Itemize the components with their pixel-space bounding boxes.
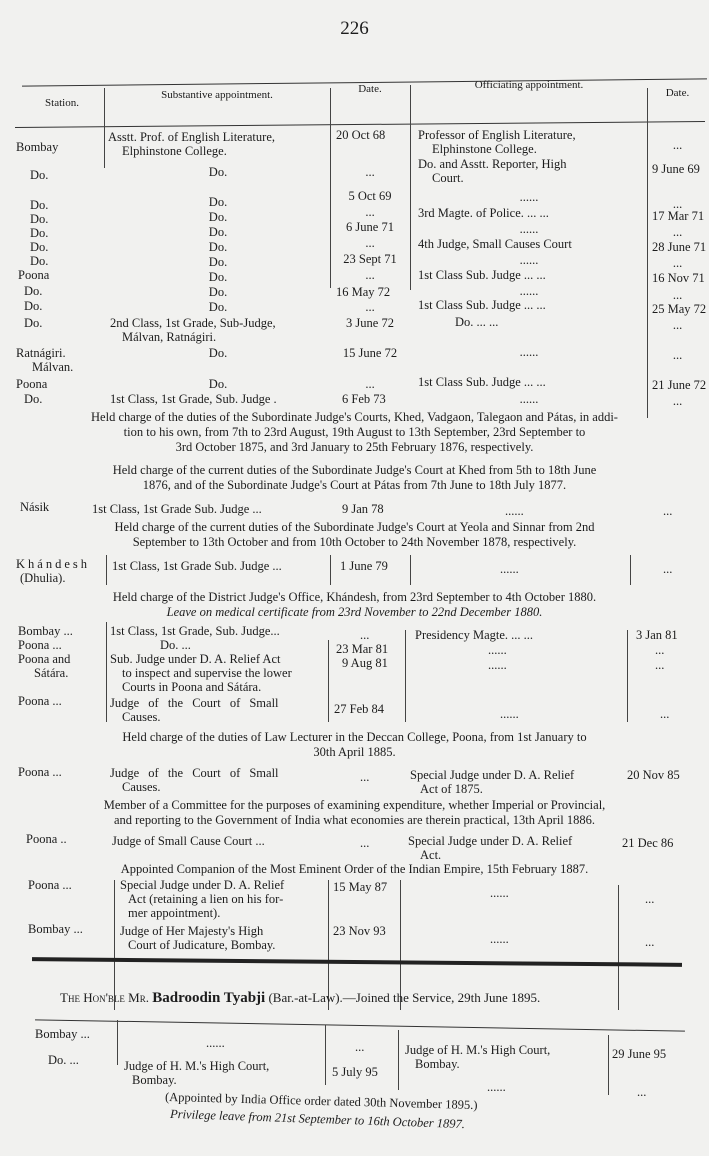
substantive: Do. (108, 240, 328, 254)
substantive: Do. (108, 210, 328, 224)
header-officiating: Officiating appointment. (412, 78, 646, 92)
note-medical-leave: Leave on medical certificate from 23rd N… (0, 605, 709, 620)
note-law-lecturer: 30th April 1885. (0, 745, 709, 760)
station: Násik (20, 500, 49, 514)
station: Khándesh (16, 557, 90, 571)
officiating: ...... (505, 504, 524, 518)
station: Bombay ... (35, 1027, 90, 1041)
substantive: 1st Class, 1st Grade Sub. Judge ... (112, 559, 282, 573)
note-committee: Member of a Committee for the purposes o… (0, 798, 709, 813)
date: ... (332, 268, 408, 282)
date: ... (332, 300, 408, 314)
tyabji-heading: The Hon'ble Mr. Badroodin Tyabji (Bar.-a… (60, 990, 540, 1007)
col-divider (398, 1030, 399, 1090)
date: 9 Aug 81 (342, 656, 388, 670)
date: 6 June 71 (332, 220, 408, 234)
date: ... (360, 770, 369, 784)
odate: 29 June 95 (612, 1047, 666, 1061)
substantive: Causes. (122, 780, 161, 794)
station: (Dhulia). (20, 571, 65, 585)
odate: ... (655, 643, 664, 657)
col-divider (608, 1035, 609, 1095)
col-divider (330, 88, 331, 288)
substantive: 2nd Class, 1st Grade, Sub-Judge, (110, 316, 276, 330)
officiating: 1st Class Sub. Judge ... ... (418, 375, 546, 389)
station: Do. (24, 299, 42, 313)
date: ... (332, 236, 408, 250)
station: Do. (30, 240, 48, 254)
officiating: Presidency Magte. ... ... (415, 628, 533, 642)
officiating: ...... (412, 392, 646, 406)
station: Poona ... (28, 878, 72, 892)
substantive: 1st Class, 1st Grade, Sub. Judge . (110, 392, 277, 406)
substantive: Judge of Small Cause Court ... (112, 834, 265, 848)
station: Do. (24, 284, 42, 298)
note-yeola-sinnar: September to 13th October and from 10th … (0, 535, 709, 550)
station: Poona ... (18, 694, 62, 708)
substantive: ...... (206, 1036, 225, 1050)
date: 15 May 87 (333, 880, 387, 894)
substantive: Do. (108, 377, 328, 391)
date: 27 Feb 84 (334, 702, 384, 716)
date: 16 May 72 (336, 285, 390, 299)
col-divider (405, 630, 406, 722)
substantive: Judge of the Court of Small (110, 696, 279, 710)
note-indian-empire: Appointed Companion of the Most Eminent … (0, 862, 709, 877)
odate: 3 Jan 81 (636, 628, 678, 642)
note-yeola-sinnar: Held charge of the current duties of the… (0, 520, 709, 535)
officiating: ...... (500, 562, 519, 576)
substantive: Do. (108, 225, 328, 239)
date: 15 June 72 (332, 346, 408, 360)
station: Bombay ... (28, 922, 83, 936)
station: Poona .. (26, 832, 67, 846)
note-district-judge: Held charge of the District Judge's Offi… (0, 590, 709, 605)
substantive: Causes. (122, 710, 161, 724)
officiating: 3rd Magte. of Police. ... ... (418, 206, 549, 220)
odate: 25 May 72 (652, 302, 706, 316)
date: 6 Feb 73 (342, 392, 386, 406)
header-date2: Date. (650, 86, 705, 100)
col-divider (328, 640, 329, 722)
odate: ... (637, 1085, 646, 1099)
odate: ... (660, 707, 669, 721)
odate: 20 Nov 85 (627, 768, 680, 782)
officiating: ...... (412, 190, 646, 204)
date: 5 July 95 (332, 1065, 378, 1079)
date: 23 Sept 71 (332, 252, 408, 266)
odate: 17 Mar 71 (652, 209, 704, 223)
date: ... (355, 1040, 364, 1054)
note-law-lecturer: Held charge of the duties of Law Lecture… (0, 730, 709, 745)
col-divider (410, 555, 411, 585)
substantive: Judge of the Court of Small (110, 766, 279, 780)
station: Poona ... (18, 638, 62, 652)
substantive: Do. (108, 195, 328, 209)
date: 9 Jan 78 (342, 502, 384, 516)
officiating: ...... (487, 1080, 506, 1094)
substantive: to inspect and supervise the lower (122, 666, 292, 680)
station: Do. (24, 392, 42, 406)
note-committee: and reporting to the Government of India… (0, 813, 709, 828)
date: 23 Mar 81 (336, 642, 388, 656)
substantive: 1st Class, 1st Grade Sub. Judge ... (92, 502, 262, 516)
station: Do. (30, 198, 48, 212)
officiating: ...... (490, 932, 509, 946)
odate: ... (645, 892, 654, 906)
officiating: ...... (412, 222, 646, 236)
substantive: Sub. Judge under D. A. Relief Act (110, 652, 280, 666)
substantive: Málvan, Ratnágiri. (122, 330, 216, 344)
officiating: Court. (432, 171, 464, 185)
officiating: Professor of English Literature, (418, 128, 576, 142)
col-divider (627, 630, 628, 722)
date: ... (332, 377, 408, 391)
substantive: Do. ... (160, 638, 191, 652)
officiating: ...... (488, 643, 507, 657)
odate: ... (650, 394, 705, 408)
odate: ... (650, 288, 705, 302)
col-divider (106, 555, 107, 585)
officiating: Judge of H. M.'s High Court, (405, 1043, 550, 1057)
date: ... (332, 205, 408, 219)
page-number: 226 (0, 18, 709, 40)
station: Do. (30, 254, 48, 268)
substantive: Elphinstone College. (122, 144, 227, 158)
date: 20 Oct 68 (336, 128, 385, 142)
station: Poona and (18, 652, 70, 666)
note-khed-patas: 1876, and of the Subordinate Judge's Cou… (0, 478, 709, 493)
note-khed-patas: Held charge of the current duties of the… (0, 463, 709, 478)
date: ... (360, 836, 369, 850)
officiating: Act of 1875. (420, 782, 483, 796)
station: Poona ... (18, 765, 62, 779)
station: Sátára. (34, 666, 68, 680)
substantive: Bombay. (132, 1073, 177, 1087)
odate: ... (650, 225, 705, 239)
substantive: Do. (108, 346, 328, 360)
station: Ratnágiri. (16, 346, 66, 360)
odate: ... (663, 562, 672, 576)
col-divider (647, 88, 648, 418)
station: Do. (30, 226, 48, 240)
officiating: ...... (488, 658, 507, 672)
substantive: Do. (108, 285, 328, 299)
station: Do. (30, 168, 48, 182)
officiating: Do. ... ... (455, 315, 498, 329)
officiating: 1st Class Sub. Judge ... ... (418, 298, 546, 312)
note-subordinate-courts: 3rd October 1875, and 3rd January to 25t… (0, 440, 709, 455)
station: Poona (18, 268, 49, 282)
substantive: 1st Class, 1st Grade, Sub. Judge... (110, 624, 280, 638)
station: Bombay (16, 140, 58, 154)
officiating: ...... (412, 345, 646, 359)
joined-service: (Bar.-at-Law).—Joined the Service, 29th … (268, 990, 540, 1005)
date: 3 June 72 (332, 316, 408, 330)
col-divider (618, 885, 619, 1010)
header-substantive: Substantive appointment. (106, 88, 328, 102)
officiating: ...... (412, 284, 646, 298)
substantive: Do. (108, 255, 328, 269)
odate: ... (663, 504, 672, 518)
station: Málvan. (32, 360, 73, 374)
substantive: mer appointment). (128, 906, 220, 920)
odate: 21 June 72 (652, 378, 706, 392)
substantive: Act (retaining a lien on his for- (128, 892, 283, 906)
col-divider (330, 555, 331, 585)
odate: 9 June 69 (652, 162, 700, 176)
odate: ... (650, 348, 705, 362)
person-name: Badroodin Tyabji (152, 990, 265, 1006)
substantive: Courts in Poona and Sátára. (122, 680, 261, 694)
odate: 16 Nov 71 (652, 271, 705, 285)
odate: ... (655, 658, 664, 672)
date: ... (332, 165, 408, 179)
col-divider (117, 1020, 118, 1065)
officiating: Special Judge under D. A. Relief (408, 834, 572, 848)
substantive: Do. (108, 300, 328, 314)
substantive: Asstt. Prof. of English Literature, (108, 130, 275, 144)
officiating: Elphinstone College. (432, 142, 537, 156)
note-subordinate-courts: Held charge of the duties of the Subordi… (0, 410, 709, 425)
header-date1: Date. (332, 82, 408, 96)
officiating: Act. (420, 848, 441, 862)
odate: ... (650, 318, 705, 332)
substantive: Special Judge under D. A. Relief (120, 878, 284, 892)
officiating: 4th Judge, Small Causes Court (418, 237, 572, 251)
substantive: Do. (108, 165, 328, 179)
date: 5 Oct 69 (332, 189, 408, 203)
col-divider (104, 88, 105, 168)
section-divider (32, 957, 682, 967)
col-divider (325, 1025, 326, 1085)
odate: 21 Dec 86 (622, 836, 673, 850)
station: Do. (24, 316, 42, 330)
station: Bombay ... (18, 624, 73, 638)
note-subordinate-courts: tion to his own, from 7th to 23rd August… (0, 425, 709, 440)
col-divider (106, 622, 107, 722)
station: Do. ... (48, 1053, 79, 1067)
date: 1 June 79 (340, 559, 388, 573)
officiating: Bombay. (415, 1057, 460, 1071)
odate: 28 June 71 (652, 240, 706, 254)
header-station: Station. (22, 96, 102, 110)
col-divider (630, 555, 631, 585)
substantive: Court of Judicature, Bombay. (128, 938, 275, 952)
header-bottom-rule (15, 121, 705, 128)
officiating: ...... (490, 886, 509, 900)
officiating: 1st Class Sub. Judge ... ... (418, 268, 546, 282)
col-divider (410, 85, 411, 290)
station: Poona (16, 377, 47, 391)
odate: ... (650, 256, 705, 270)
date: ... (360, 628, 369, 642)
odate: ... (650, 138, 705, 152)
odate: ... (645, 935, 654, 949)
station: Do. (30, 212, 48, 226)
officiating: Do. and Asstt. Reporter, High (418, 157, 566, 171)
substantive: Judge of Her Majesty's High (120, 924, 263, 938)
date: 23 Nov 93 (333, 924, 386, 938)
substantive: Do. (108, 270, 328, 284)
tyabji-rule (35, 1019, 685, 1031)
honorific: The Hon'ble Mr. (60, 990, 149, 1005)
officiating: ...... (412, 253, 646, 267)
officiating: ...... (500, 707, 519, 721)
substantive: Judge of H. M.'s High Court, (124, 1059, 269, 1073)
officiating: Special Judge under D. A. Relief (410, 768, 574, 782)
